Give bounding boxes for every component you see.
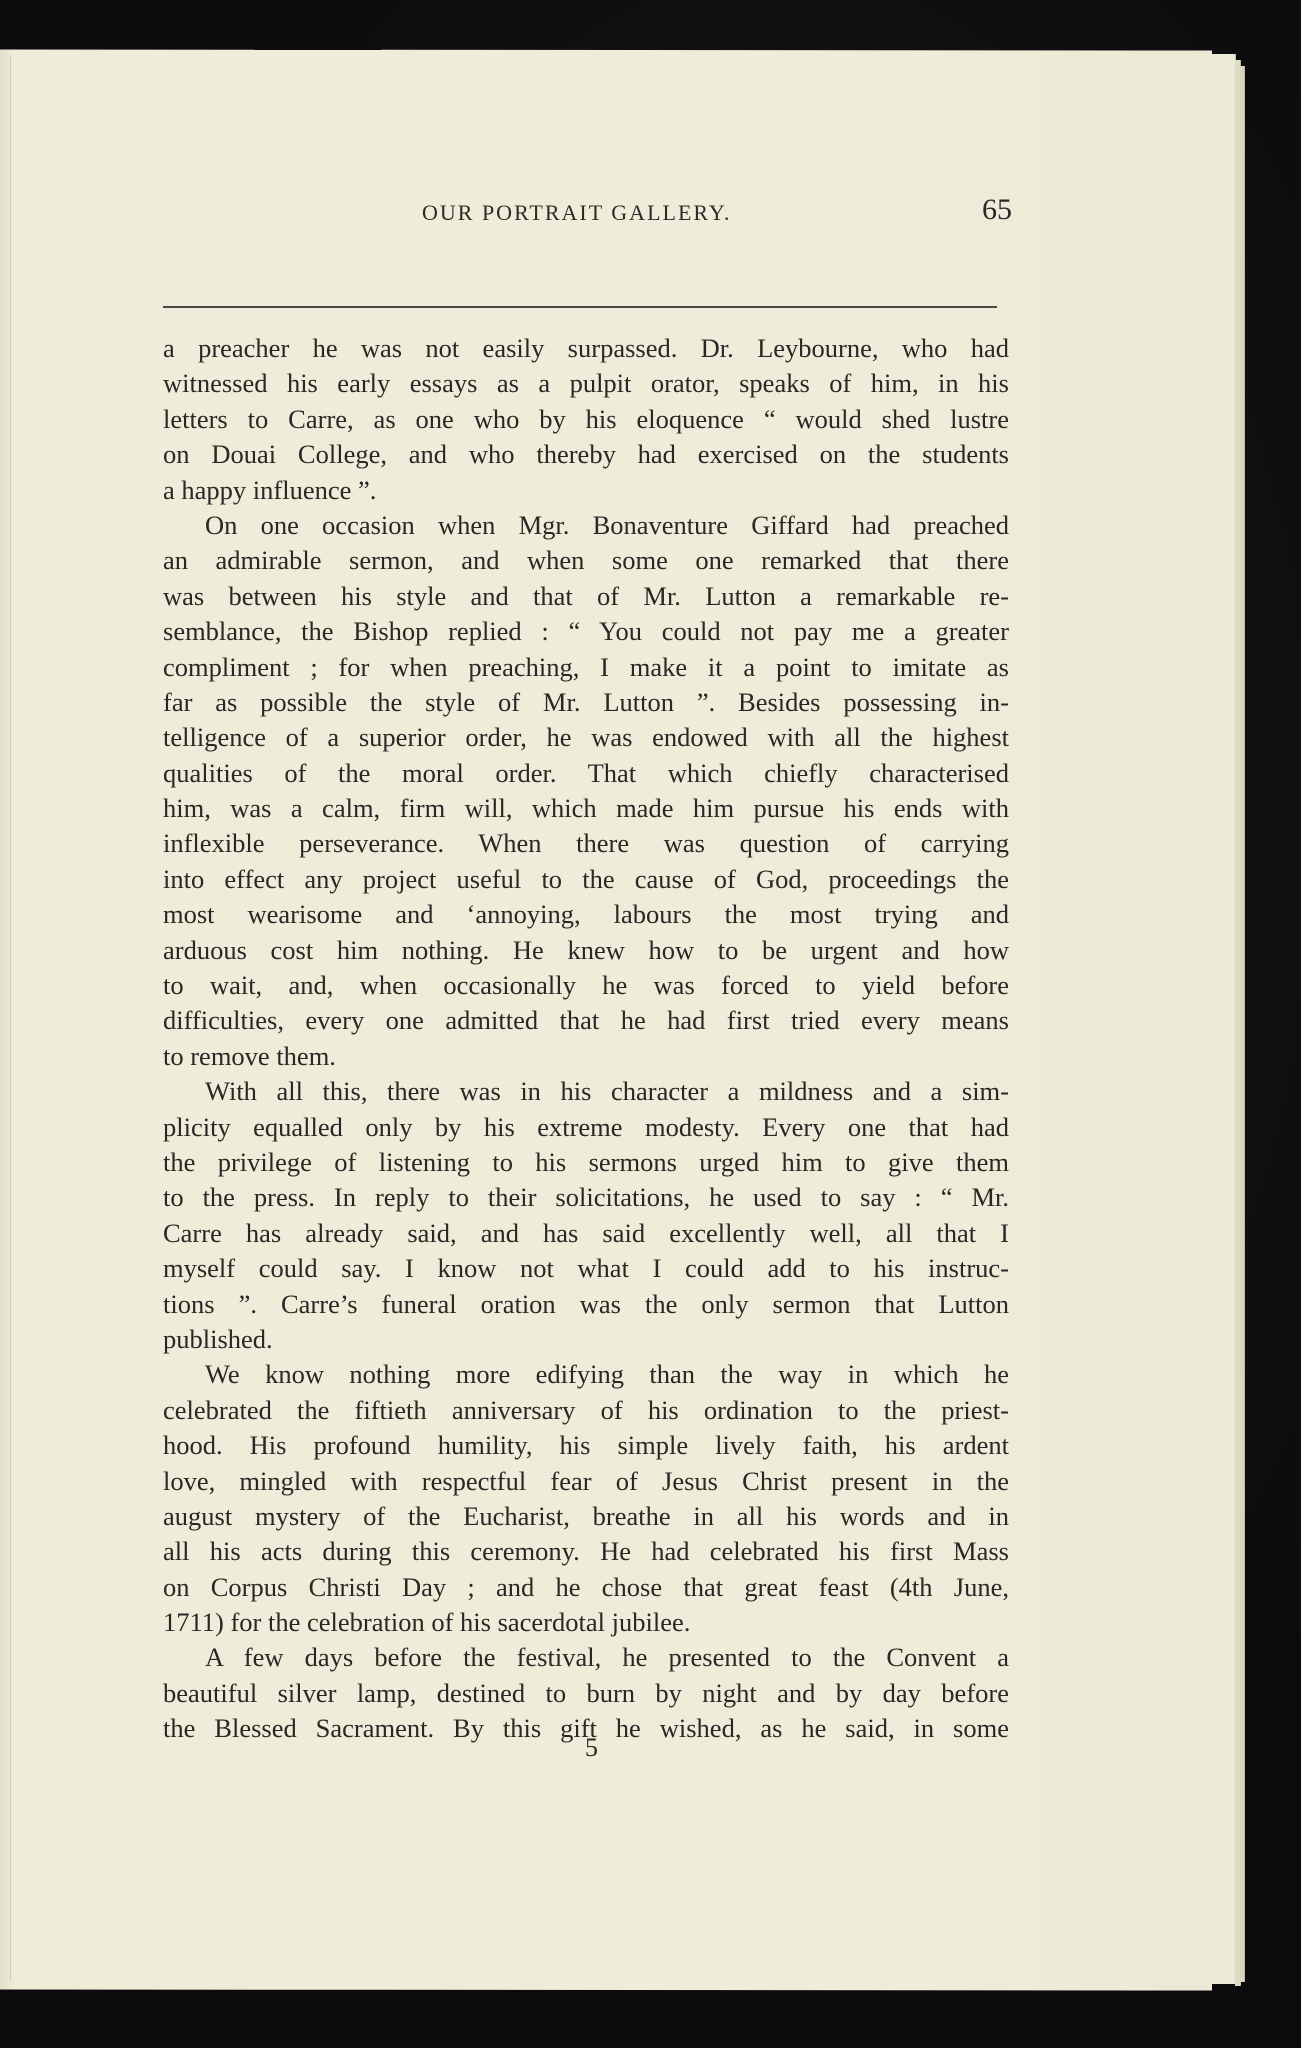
- text-line: With all this, there was in his characte…: [163, 1074, 1009, 1109]
- text-line: semblance, the Bishop replied : “ You co…: [163, 614, 1009, 649]
- text-line: 1711) for the celebration of his sacerdo…: [163, 1605, 1009, 1640]
- text-line: On one occasion when Mgr. Bonaventure Gi…: [163, 508, 1009, 543]
- text-line: inflexible perseverance. When there was …: [163, 826, 1009, 861]
- page-edge-leaf: [1240, 66, 1245, 1982]
- text-line: compliment ; for when preaching, I make …: [163, 650, 1009, 685]
- paragraph: With all this, there was in his characte…: [163, 1074, 1009, 1357]
- text-line: him, was a calm, firm will, which made h…: [163, 791, 1009, 826]
- text-line: a preacher he was not easily surpassed. …: [163, 331, 1009, 366]
- signature-mark: 5: [585, 1733, 598, 1763]
- scanned-book-spread: OUR PORTRAIT GALLERY. 65 a preacher he w…: [0, 0, 1301, 2048]
- text-line: far as possible the style of Mr. Lutton …: [163, 685, 1009, 720]
- text-line: beautiful silver lamp, destined to burn …: [163, 1676, 1009, 1711]
- text-line: a happy influence ”.: [163, 473, 1009, 508]
- text-line: arduous cost him nothing. He knew how to…: [163, 933, 1009, 968]
- text-line: to remove them.: [163, 1039, 1009, 1074]
- text-line: an admirable sermon, and when some one r…: [163, 543, 1009, 578]
- text-line: A few days before the festival, he prese…: [163, 1640, 1009, 1675]
- gutter-fold: [10, 55, 11, 1981]
- text-line: witnessed his early essays as a pulpit o…: [163, 366, 1009, 401]
- text-line: to wait, and, when occasionally he was f…: [163, 968, 1009, 1003]
- text-line: letters to Carre, as one who by his eloq…: [163, 402, 1009, 437]
- running-head: OUR PORTRAIT GALLERY.: [422, 200, 731, 226]
- text-line: Carre has already said, and has said exc…: [163, 1216, 1009, 1251]
- text-line: tions ”. Carre’s funeral oration was the…: [163, 1287, 1009, 1322]
- paragraph: On one occasion when Mgr. Bonaventure Gi…: [163, 508, 1009, 1074]
- paragraph: a preacher he was not easily surpassed. …: [163, 331, 1009, 508]
- text-line: myself could say. I know not what I coul…: [163, 1251, 1009, 1286]
- text-line: on Douai College, and who thereby had ex…: [163, 437, 1009, 472]
- text-line: difficulties, every one admitted that he…: [163, 1003, 1009, 1038]
- page-number: 65: [982, 193, 1012, 227]
- text-line: to the press. In reply to their solicita…: [163, 1180, 1009, 1215]
- text-line: We know nothing more edifying than the w…: [163, 1357, 1009, 1392]
- text-line: published.: [163, 1322, 1009, 1357]
- text-line: was between his style and that of Mr. Lu…: [163, 579, 1009, 614]
- text-line: celebrated the fiftieth anniversary of h…: [163, 1393, 1009, 1428]
- text-line: most wearisome and ‘annoying, labours th…: [163, 897, 1009, 932]
- text-line: august mystery of the Eucharist, breathe…: [163, 1499, 1009, 1534]
- text-line: plicity equalled only by his extreme mod…: [163, 1110, 1009, 1145]
- header-rule: [163, 306, 997, 308]
- text-line: qualities of the moral order. That which…: [163, 756, 1009, 791]
- text-line: love, mingled with respectful fear of Je…: [163, 1464, 1009, 1499]
- text-line: on Corpus Christi Day ; and he chose tha…: [163, 1570, 1009, 1605]
- paragraph: We know nothing more edifying than the w…: [163, 1357, 1009, 1640]
- text-line: all his acts during this ceremony. He ha…: [163, 1534, 1009, 1569]
- text-line: the privilege of listening to his sermon…: [163, 1145, 1009, 1180]
- body-text: a preacher he was not easily surpassed. …: [163, 331, 1009, 1747]
- text-line: into effect any project useful to the ca…: [163, 862, 1009, 897]
- text-line: hood. His profound humility, his simple …: [163, 1428, 1009, 1463]
- text-line: telligence of a superior order, he was e…: [163, 720, 1009, 755]
- paragraph: A few days before the festival, he prese…: [163, 1640, 1009, 1746]
